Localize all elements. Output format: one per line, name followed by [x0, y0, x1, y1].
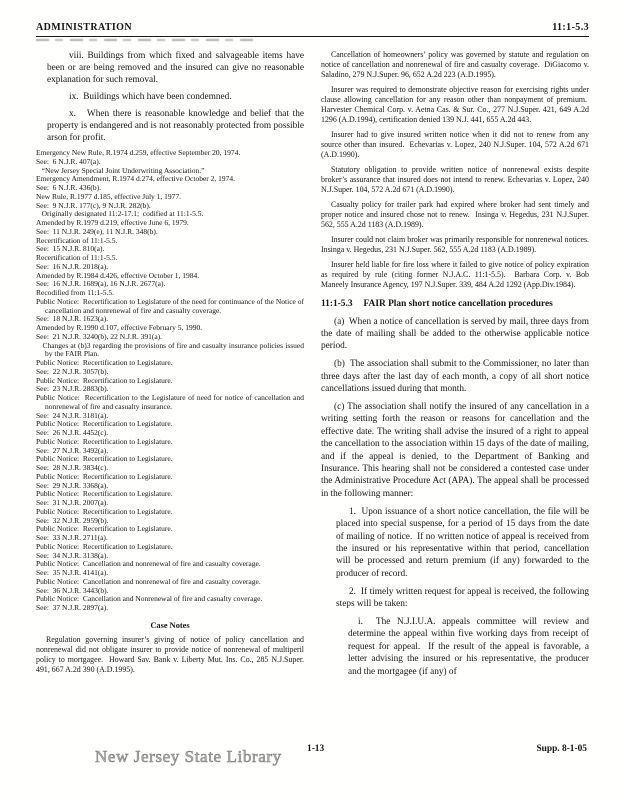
section-title: FAIR Plan short notice cancellation proc…	[364, 299, 553, 309]
case-note: Statutory obligation to provide written …	[321, 165, 589, 195]
history-line: Public Notice: Recertification to the Le…	[36, 394, 304, 412]
subitem-paragraph: ix. Buildings which have been condemned.	[47, 91, 304, 103]
page-content: ADMINISTRATION 11:1-5.3 viii. Buildings …	[36, 22, 589, 683]
section-heading: 11:1-5.3FAIR Plan short notice cancellat…	[321, 299, 589, 309]
history-note-list: Emergency New Rule, R.1974 d.259, effect…	[36, 149, 304, 613]
romanette-text: The N.J.I.U.A. appeals committee will re…	[348, 617, 589, 677]
section-paragraph: (a) When a notice of cancellation is ser…	[321, 316, 589, 353]
numbered-item: 1. Upon issuance of a short notice cance…	[336, 506, 589, 580]
numbered-item: 2. If timely written request for appeal …	[336, 586, 589, 611]
section-paragraph-list: (a) When a notice of cancellation is ser…	[321, 316, 589, 501]
section-paragraph: (c) The association shall notify the ins…	[321, 401, 589, 500]
history-line: Changes at (b)3 regarding the provisions…	[36, 342, 304, 360]
subitem-list: viii. Buildings from which fixed and sal…	[36, 50, 304, 145]
section-paragraph: (b) The association shall submit to the …	[321, 358, 589, 395]
case-note: Insurer had to give insured written noti…	[321, 130, 589, 160]
subitem-paragraph: viii. Buildings from which fixed and sal…	[47, 50, 304, 87]
case-note: Insurer was required to demonstrate obje…	[321, 85, 589, 125]
page-header: ADMINISTRATION 11:1-5.3	[36, 22, 589, 37]
case-note: Insurer could not claim broker was prima…	[321, 235, 589, 255]
case-note: Regulation governing insurer’s giving of…	[36, 635, 304, 675]
subitem-paragraph: x. When there is reasonable knowledge an…	[47, 108, 304, 145]
page-number: 1-13	[307, 744, 324, 754]
case-note: Cancellation of homeowners’ policy was g…	[321, 50, 589, 80]
left-column: viii. Buildings from which fixed and sal…	[36, 50, 304, 684]
section-number: 11:1-5.3	[321, 299, 353, 309]
right-case-note-list: Cancellation of homeowners’ policy was g…	[321, 50, 589, 290]
romanette-item: i.The N.J.I.U.A. appeals committee will …	[348, 616, 589, 678]
two-column-body: viii. Buildings from which fixed and sal…	[36, 50, 589, 684]
numbered-item-list: 1. Upon issuance of a short notice cance…	[321, 506, 589, 611]
document-page: ADMINISTRATION 11:1-5.3 viii. Buildings …	[0, 0, 620, 800]
case-notes-heading: Case Notes	[36, 621, 304, 630]
header-title: ADMINISTRATION	[36, 22, 132, 33]
supplement-date: Supp. 8-1-05	[536, 744, 587, 754]
header-section-ref: 11:1-5.3	[552, 22, 589, 33]
left-case-note-list: Regulation governing insurer’s giving of…	[36, 635, 304, 675]
history-line: See: 37 N.J.R. 2897(a).	[36, 604, 304, 613]
header-rule-smudge	[36, 39, 254, 41]
history-line: Public Notice: Recertification to Legisl…	[36, 298, 304, 316]
romanette-label: i.	[358, 617, 363, 627]
right-column: Cancellation of homeowners’ policy was g…	[321, 50, 589, 684]
library-stamp: New Jersey State Library	[95, 747, 282, 767]
case-note: Casualty policy for trailer park had exp…	[321, 200, 589, 230]
case-note: Insurer held liable for fire loss where …	[321, 260, 589, 290]
